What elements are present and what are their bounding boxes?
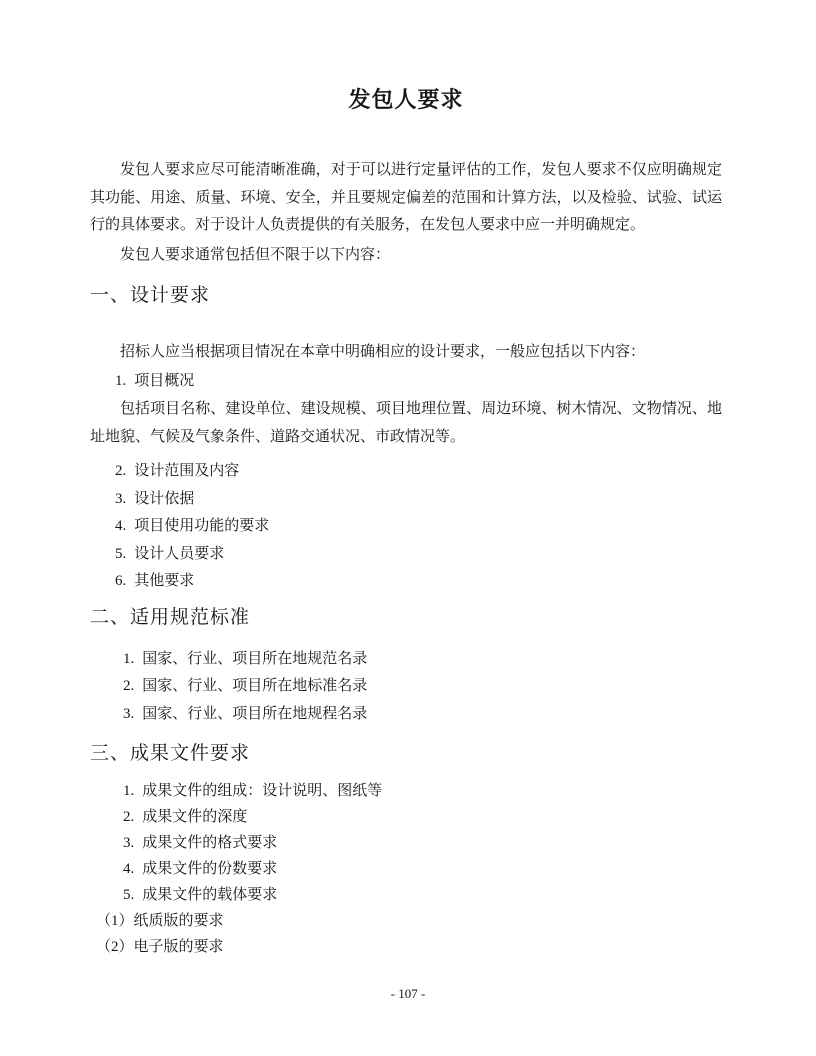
list-item: 2.国家、行业、项目所在地标准名录 [90, 673, 722, 701]
list-item: 6.其他要求 [90, 568, 722, 596]
intro-lead-paragraph: 发包人要求通常包括但不限于以下内容： [90, 242, 722, 270]
item-text: 设计依据 [134, 491, 194, 507]
list-item: 3.国家、行业、项目所在地规程名录 [90, 701, 722, 729]
sub-list-item: （1）纸质版的要求 [90, 908, 722, 934]
item-text: 设计范围及内容 [134, 463, 239, 479]
sub-list-item: （2）电子版的要求 [90, 934, 722, 960]
intro-paragraph: 发包人要求应尽可能清晰准确，对于可以进行定量评估的工作，发包人要求不仅应明确规定… [90, 157, 722, 240]
item-number: 1. [123, 651, 134, 667]
item-text: 国家、行业、项目所在地规程名录 [142, 706, 367, 722]
document-title: 发包人要求 [90, 0, 722, 113]
list-item: 4.成果文件的份数要求 [90, 856, 722, 882]
list-item: 5.成果文件的载体要求 [90, 882, 722, 908]
item-text: 国家、行业、项目所在地标准名录 [142, 678, 367, 694]
item-text: 成果文件的份数要求 [142, 861, 277, 877]
item-number: 5. [115, 546, 126, 562]
page-number: - 107 - [0, 986, 816, 1002]
section-design-requirements: 一、设计要求 招标人应当根据项目情况在本章中明确相应的设计要求，一般应包括以下内… [90, 284, 722, 596]
item-text: 项目使用功能的要求 [134, 518, 269, 534]
item-number: 4. [115, 518, 126, 534]
item-text: 其他要求 [134, 573, 194, 589]
item-text: 成果文件的载体要求 [142, 887, 277, 903]
section-deliverable-requirements: 三、成果文件要求 1.成果文件的组成：设计说明、图纸等 2.成果文件的深度 3.… [90, 742, 722, 960]
section-3-item-list: 1.成果文件的组成：设计说明、图纸等 2.成果文件的深度 3.成果文件的格式要求… [90, 778, 722, 960]
document-content: 发包人要求 发包人要求应尽可能清晰准确，对于可以进行定量评估的工作，发包人要求不… [0, 0, 816, 960]
section-3-heading: 三、成果文件要求 [90, 742, 722, 766]
item-text: 电子版的要求 [134, 939, 224, 955]
list-item: 1.成果文件的组成：设计说明、图纸等 [90, 778, 722, 804]
item-number: 6. [115, 573, 126, 589]
item-number: 4. [123, 861, 134, 877]
section-1-heading: 一、设计要求 [90, 284, 722, 308]
item-number: 3. [115, 491, 126, 507]
list-item: 3.成果文件的格式要求 [90, 830, 722, 856]
list-item: 1.国家、行业、项目所在地规范名录 [90, 646, 722, 674]
section-2-heading: 二、适用规范标准 [90, 606, 722, 630]
list-item: 2.成果文件的深度 [90, 804, 722, 830]
item-number: （1） [96, 913, 134, 929]
item-number: 2. [115, 463, 126, 479]
list-item: 2.设计范围及内容 [90, 458, 722, 486]
item-text: 国家、行业、项目所在地规范名录 [142, 651, 367, 667]
item-text: 纸质版的要求 [134, 913, 224, 929]
document-page: 发包人要求 发包人要求应尽可能清晰准确，对于可以进行定量评估的工作，发包人要求不… [0, 0, 816, 1056]
item-number: 3. [123, 706, 134, 722]
item-text: 成果文件的深度 [142, 809, 247, 825]
list-item: 1.项目概况 [90, 368, 722, 396]
list-item: 3.设计依据 [90, 486, 722, 514]
section-1-lead: 招标人应当根据项目情况在本章中明确相应的设计要求，一般应包括以下内容： [90, 339, 722, 367]
item-text: 成果文件的格式要求 [142, 835, 277, 851]
item-number: 1. [115, 373, 126, 389]
item-number: 1. [123, 783, 134, 799]
item-number: 2. [123, 809, 134, 825]
item-number: 3. [123, 835, 134, 851]
item-note-paragraph: 包括项目名称、建设单位、建设规模、项目地理位置、周边环境、树木情况、文物情况、地… [90, 396, 722, 451]
item-number: 5. [123, 887, 134, 903]
item-text: 设计人员要求 [134, 546, 224, 562]
list-item: 4.项目使用功能的要求 [90, 513, 722, 541]
item-number: （2） [96, 939, 134, 955]
item-number: 2. [123, 678, 134, 694]
section-2-item-list: 1.国家、行业、项目所在地规范名录 2.国家、行业、项目所在地标准名录 3.国家… [90, 646, 722, 729]
item-text: 成果文件的组成：设计说明、图纸等 [142, 783, 382, 799]
item-text: 项目概况 [134, 373, 194, 389]
section-applicable-standards: 二、适用规范标准 1.国家、行业、项目所在地规范名录 2.国家、行业、项目所在地… [90, 606, 722, 729]
list-item: 5.设计人员要求 [90, 541, 722, 569]
